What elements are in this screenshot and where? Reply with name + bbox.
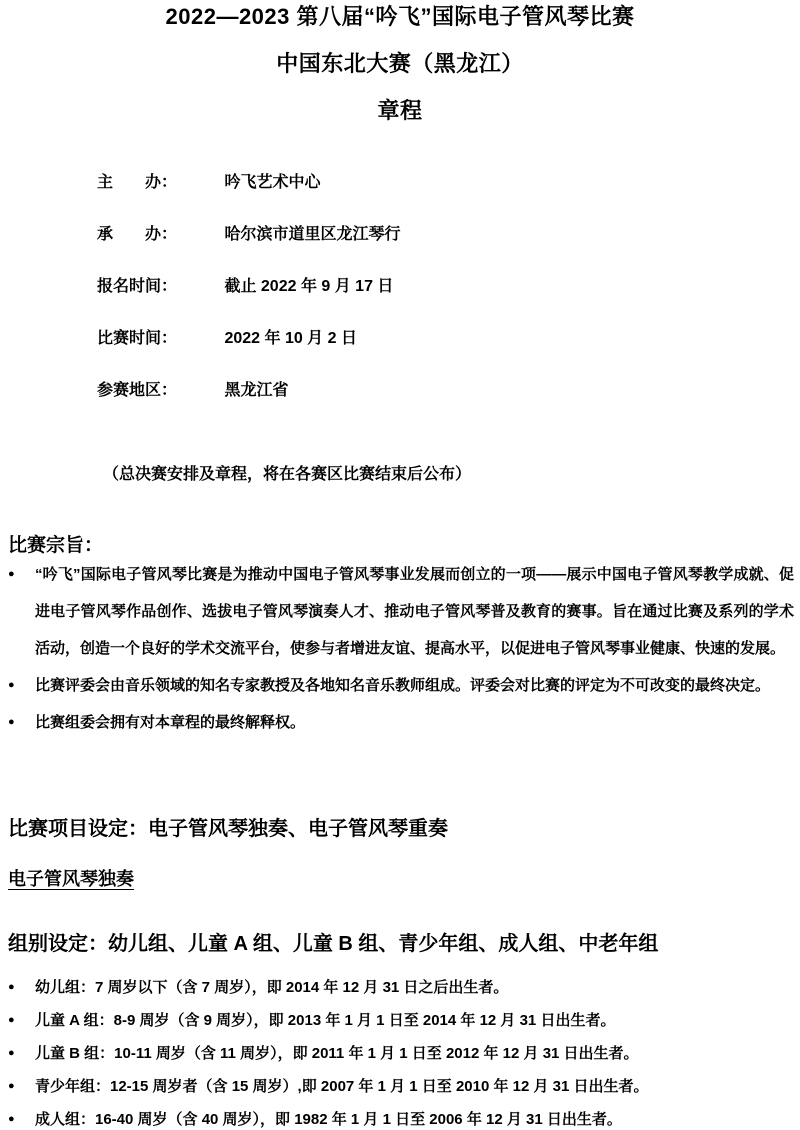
- groups-heading: 组别设定：幼儿组、儿童 A 组、儿童 B 组、青少年组、成人组、中老年组: [8, 927, 658, 956]
- title-block: 2022—2023 第八届“吟飞”国际电子管风琴比赛 中国东北大赛（黑龙江） 章…: [0, 3, 800, 125]
- bullet-icon: ●: [8, 556, 15, 593]
- group-item-children-b: ● 儿童 B 组：10-11 周岁（含 11 周岁），即 2011 年 1 月 …: [8, 1037, 794, 1070]
- info-row-host: 承 办： 哈尔滨市道里区龙江琴行: [97, 209, 747, 261]
- info-row-competition-date: 比赛时间： 2022 年 10 月 2 日: [97, 313, 747, 365]
- group-item-text: 儿童 A 组：8-9 周岁（含 9 周岁），即 2013 年 1 月 1 日至 …: [35, 1012, 615, 1029]
- bullet-icon: ●: [8, 1103, 15, 1130]
- info-block: 主 办： 吟飞艺术中心 承 办： 哈尔滨市道里区龙江琴行 报名时间： 截止 20…: [97, 157, 747, 417]
- purpose-item: ● “吟飞”国际电子管风琴比赛是为推动中国电子管风琴事业发展而创立的一项——展示…: [8, 556, 794, 667]
- doc-title-line-3: 章程: [0, 97, 800, 125]
- purpose-item-text: 比赛评委会由音乐领域的知名专家教授及各地知名音乐教师组成。评委会对比赛的评定为不…: [35, 677, 770, 694]
- info-value: 2022 年 10 月 2 日: [224, 313, 357, 365]
- group-item-youth: ● 青少年组：12-15 周岁者（含 15 周岁）,即 2007 年 1 月 1…: [8, 1070, 794, 1103]
- purpose-list: ● “吟飞”国际电子管风琴比赛是为推动中国电子管风琴事业发展而创立的一项——展示…: [8, 556, 794, 741]
- info-label: 主 办：: [97, 157, 220, 209]
- info-label: 报名时间：: [97, 261, 220, 313]
- bullet-icon: ●: [8, 1004, 15, 1037]
- doc-title-line-2: 中国东北大赛（黑龙江）: [0, 50, 800, 78]
- group-item-children-a: ● 儿童 A 组：8-9 周岁（含 9 周岁），即 2013 年 1 月 1 日…: [8, 1004, 794, 1037]
- group-item-preschool: ● 幼儿组：7 周岁以下（含 7 周岁），即 2014 年 12 月 31 日之…: [8, 971, 794, 1004]
- purpose-heading: 比赛宗旨：: [8, 530, 103, 557]
- info-label: 比赛时间：: [97, 313, 220, 365]
- info-row-organizer: 主 办： 吟飞艺术中心: [97, 157, 747, 209]
- bullet-icon: ●: [8, 1070, 15, 1103]
- info-value: 哈尔滨市道里区龙江琴行: [224, 209, 400, 261]
- events-heading: 比赛项目设定：电子管风琴独奏、电子管风琴重奏: [8, 812, 448, 841]
- group-item-adult: ● 成人组：16-40 周岁（含 40 周岁），即 1982 年 1 月 1 日…: [8, 1103, 794, 1130]
- solo-section-heading: 电子管风琴独奏: [8, 865, 134, 891]
- doc-title-line-1: 2022—2023 第八届“吟飞”国际电子管风琴比赛: [0, 3, 800, 31]
- document-page: 2022—2023 第八届“吟飞”国际电子管风琴比赛 中国东北大赛（黑龙江） 章…: [0, 0, 800, 1130]
- info-row-region: 参赛地区： 黑龙江省: [97, 365, 747, 417]
- purpose-item: ● 比赛评委会由音乐领域的知名专家教授及各地知名音乐教师组成。评委会对比赛的评定…: [8, 667, 794, 704]
- info-value: 黑龙江省: [224, 365, 288, 417]
- finals-note: （总决赛安排及章程，将在各赛区比赛结束后公布）: [103, 461, 471, 484]
- purpose-item-text: 比赛组委会拥有对本章程的最终解释权。: [35, 714, 305, 731]
- bullet-icon: ●: [8, 704, 15, 741]
- purpose-item-text: “吟飞”国际电子管风琴比赛是为推动中国电子管风琴事业发展而创立的一项——展示中国…: [35, 566, 794, 657]
- bullet-icon: ●: [8, 971, 15, 1004]
- info-value: 吟飞艺术中心: [224, 157, 320, 209]
- group-item-text: 成人组：16-40 周岁（含 40 周岁），即 1982 年 1 月 1 日至 …: [35, 1111, 622, 1128]
- group-item-text: 儿童 B 组：10-11 周岁（含 11 周岁），即 2011 年 1 月 1 …: [35, 1045, 639, 1062]
- info-label: 参赛地区：: [97, 365, 220, 417]
- bullet-icon: ●: [8, 667, 15, 704]
- info-value: 截止 2022 年 9 月 17 日: [224, 261, 393, 313]
- group-item-text: 幼儿组：7 周岁以下（含 7 周岁），即 2014 年 12 月 31 日之后出…: [35, 979, 508, 996]
- bullet-icon: ●: [8, 1037, 15, 1070]
- group-item-text: 青少年组：12-15 周岁者（含 15 周岁）,即 2007 年 1 月 1 日…: [35, 1078, 649, 1095]
- info-row-registration-deadline: 报名时间： 截止 2022 年 9 月 17 日: [97, 261, 747, 313]
- info-label: 承 办：: [97, 209, 220, 261]
- purpose-item: ● 比赛组委会拥有对本章程的最终解释权。: [8, 704, 794, 741]
- group-list: ● 幼儿组：7 周岁以下（含 7 周岁），即 2014 年 12 月 31 日之…: [8, 971, 794, 1130]
